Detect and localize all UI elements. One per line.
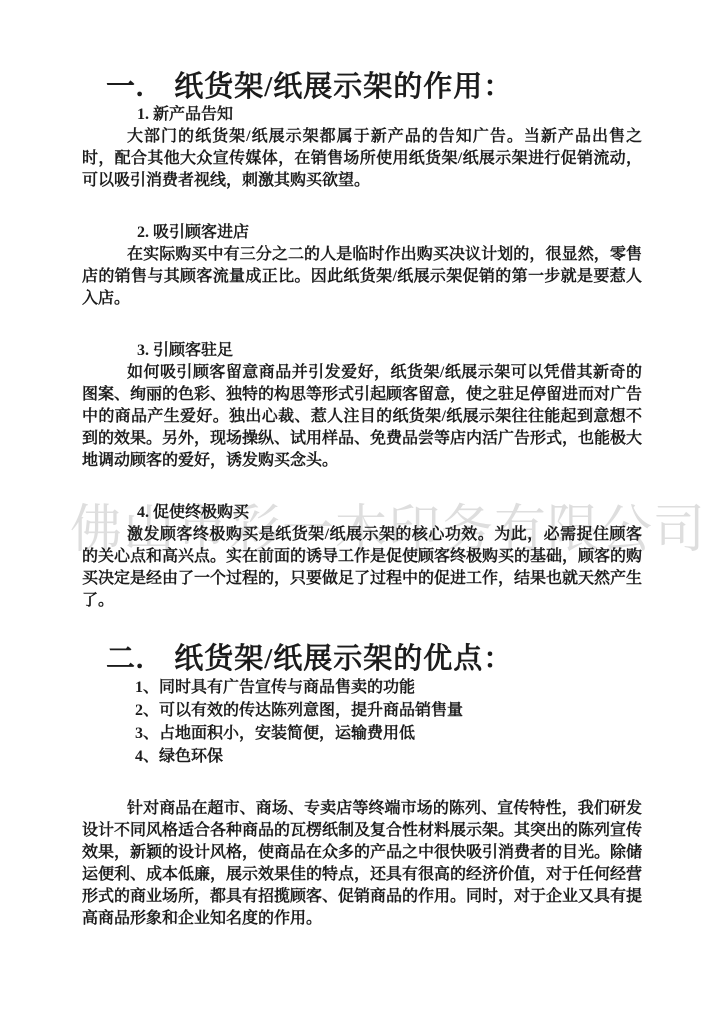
closing-paragraph: 针对商品在超市、商场、专卖店等终端市场的陈列、宣传特性，我们研发设计不同风格适合… <box>82 798 642 930</box>
item-4-body: 激发顾客终极购买是纸货架/纸展示架的核心功效。为此，必需捉住顾客的关心点和高兴点… <box>82 524 642 612</box>
section-2-heading: 二. 纸货架/纸展示架的优点： <box>106 642 642 676</box>
section-1-item-3: 3. 引顾客驻足 如何吸引顾客留意商品并引发爱好，纸货架/纸展示架可以凭借其新奇… <box>82 340 642 472</box>
section-1-item-2: 2. 吸引顾客进店 在实际购买中有三分之二的人是临时作出购买决议计划的，很显然，… <box>82 222 642 310</box>
section-1-heading: 一. 纸货架/纸展示架的作用： <box>106 70 642 104</box>
advantage-item-4: 4、绿色环保 <box>135 745 642 768</box>
advantage-item-2: 2、可以有效的传达陈列意图，提升商品销售量 <box>135 699 642 722</box>
document-page: 佛山市彩一木印务有限公司 一. 纸货架/纸展示架的作用： 1. 新产品告知 大部… <box>0 0 724 1024</box>
item-1-title: 1. 新产品告知 <box>137 104 642 126</box>
item-3-body: 如何吸引顾客留意商品并引发爱好，纸货架/纸展示架可以凭借其新奇的图案、绚丽的色彩… <box>82 362 642 472</box>
item-3-title: 3. 引顾客驻足 <box>137 340 642 362</box>
item-2-body: 在实际购买中有三分之二的人是临时作出购买决议计划的，很显然，零售店的销售与其顾客… <box>82 244 642 310</box>
item-1-body: 大部门的纸货架/纸展示架都属于新产品的告知广告。当新产品出售之时，配合其他大众宣… <box>82 126 642 192</box>
advantage-list: 1、同时具有广告宣传与商品售卖的功能 2、可以有效的传达陈列意图，提升商品销售量… <box>135 676 642 768</box>
section-1-item-1: 1. 新产品告知 大部门的纸货架/纸展示架都属于新产品的告知广告。当新产品出售之… <box>82 104 642 192</box>
section-1-item-4: 4. 促使终极购买 激发顾客终极购买是纸货架/纸展示架的核心功效。为此，必需捉住… <box>82 502 642 612</box>
advantage-item-1: 1、同时具有广告宣传与商品售卖的功能 <box>135 676 642 699</box>
item-4-title: 4. 促使终极购买 <box>137 502 642 524</box>
advantage-item-3: 3、占地面积小，安装简便，运输费用低 <box>135 722 642 745</box>
document-content: 一. 纸货架/纸展示架的作用： 1. 新产品告知 大部门的纸货架/纸展示架都属于… <box>0 0 724 930</box>
item-2-title: 2. 吸引顾客进店 <box>137 222 642 244</box>
